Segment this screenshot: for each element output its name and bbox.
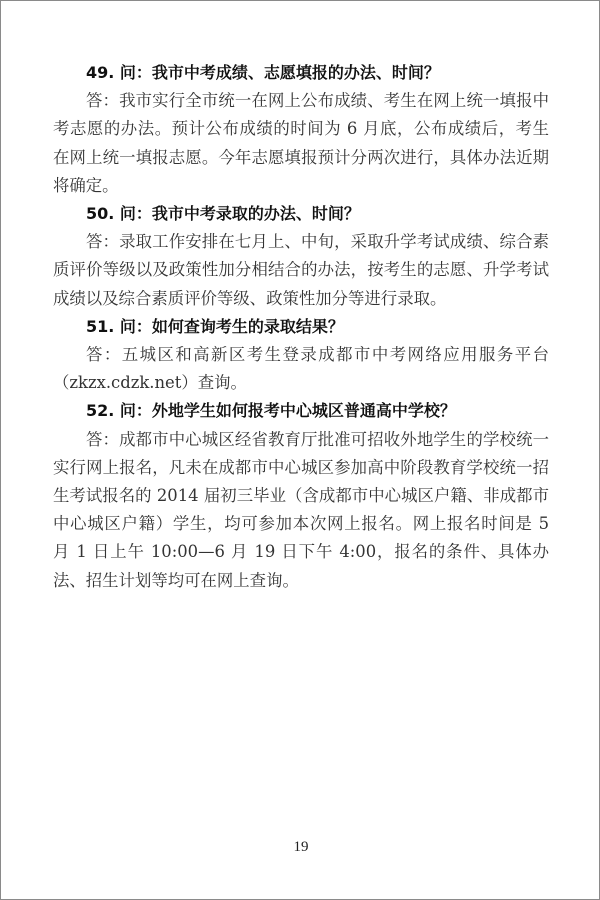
answer-52: 答：成都市中心城区经省教育厅批准可招收外地学生的学校统一实行网上报名，凡未在成都… — [53, 426, 549, 595]
document-page: 49. 问：我市中考成绩、志愿填报的办法、时间？ 答：我市实行全市统一在网上公布… — [0, 0, 600, 900]
answer-49: 答：我市实行全市统一在网上公布成绩、考生在网上统一填报中考志愿的办法。预计公布成… — [53, 87, 549, 200]
answer-51: 答：五城区和高新区考生登录成都市中考网络应用服务平台（zkzx.cdzk.net… — [53, 341, 549, 397]
question-51: 51. 问：如何查询考生的录取结果？ — [53, 313, 549, 341]
question-49: 49. 问：我市中考成绩、志愿填报的办法、时间？ — [53, 59, 549, 87]
answer-50: 答：录取工作安排在七月上、中旬，采取升学考试成绩、综合素质评价等级以及政策性加分… — [53, 228, 549, 313]
page-number: 19 — [1, 839, 600, 856]
question-50: 50. 问：我市中考录取的办法、时间？ — [53, 200, 549, 228]
question-52: 52. 问：外地学生如何报考中心城区普通高中学校？ — [53, 397, 549, 425]
page-content: 49. 问：我市中考成绩、志愿填报的办法、时间？ 答：我市实行全市统一在网上公布… — [53, 59, 549, 595]
